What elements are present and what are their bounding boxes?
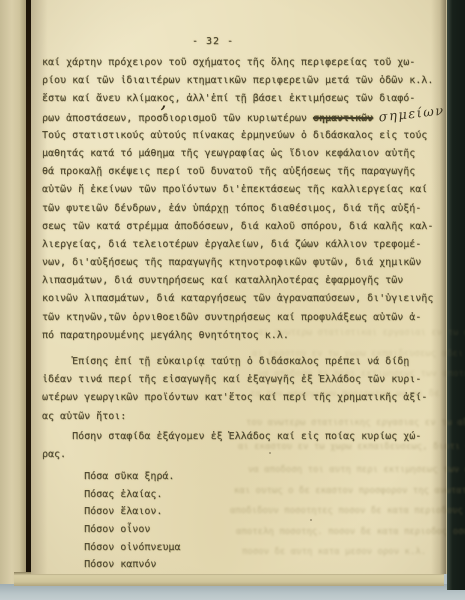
typed-line: ἔστω καί ἄνευ κλίμακος, ἀλλ'ἐπί τῇ βάσει… — [42, 90, 444, 108]
edited-line-prefix: ρων ἀποστάσεων, προσδιορισμοῦ τῶν κυριωτ… — [42, 113, 313, 124]
typed-line: λιεργείας, διά τελειοτέρων ἐργαλείων, δι… — [42, 236, 444, 254]
list-item: Πόσον οἶνον — [42, 521, 444, 539]
typed-line: ωτέρων γεωργικῶν προϊόντων κατ'ἔτος καί … — [42, 389, 444, 407]
page-number: - 32 - — [181, 36, 245, 47]
book-cover — [447, 0, 465, 590]
previous-page-edge — [0, 0, 26, 586]
typed-line: πό παρατηρουμένης μεγάλης θνητότητος κ.λ… — [42, 327, 444, 345]
typed-line: μαθητάς κατά τό μάθημα τῆς γεωγραφίας ὡς… — [42, 145, 444, 163]
ink-speck — [269, 452, 271, 454]
typed-line: σεως τῶν κατά στρέμμα ἀποδόσεων, διά καλ… — [42, 218, 444, 236]
page-under-edge — [14, 572, 444, 586]
list-item: Πόσον ἔλαιον. — [42, 503, 444, 521]
paragraph-1b: Τούς στατιστικούς αὐτούς πίνακας ἑρμηνεύ… — [42, 127, 444, 345]
list-item: Πόσα σῦκα ξηρά. — [42, 468, 444, 486]
paragraph-3: Πόσην σταφίδα ἐξάγομεν ἐξ Ἑλλάδος καί εἰ… — [42, 428, 444, 464]
typed-line: τῶν κτηνῶν,τῶν ὀρνιθοειδῶν συντηρήσεως κ… — [42, 309, 444, 327]
strikethrough-word: σημαντικῶν — [313, 113, 373, 124]
typed-line: λιπασμάτων, διά συντηρήσεως καί καταλληλ… — [42, 272, 444, 290]
typed-line: Πόσην σταφίδα ἐξάγομεν ἐξ Ἑλλάδος καί εἰ… — [42, 428, 444, 446]
paragraph-2: Ἐπίσης ἐπί τῇ εὐκαιρίᾳ ταύτῃ ὁ διδάσκαλο… — [42, 353, 444, 426]
typed-line: ας αὐτῶν ἤτοι: — [42, 408, 444, 426]
handwritten-comma: , — [161, 94, 166, 112]
typed-line: καί χάρτην πρόχειρον τοῦ σχήματος τῆς ὅλ… — [42, 54, 444, 72]
table-surface — [0, 584, 465, 600]
typed-line: ρας. — [42, 446, 444, 464]
typed-text-block: καί χάρτην πρόχειρον τοῦ σχήματος τῆς ὅλ… — [42, 54, 444, 574]
typed-line: Τούς στατιστικούς αὐτούς πίνακας ἑρμηνεύ… — [42, 127, 444, 145]
typed-line: ἰδέαν τινά περί τῆς εἰσαγωγῆς καί ἐξαγωγ… — [42, 371, 444, 389]
paragraph-1a: καί χάρτην πρόχειρον τοῦ σχήματος τῆς ὅλ… — [42, 54, 444, 109]
typed-line: αὐτῶν ἤ ἐκείνων τῶν προϊόντων δι'ἐπεκτάσ… — [42, 181, 444, 199]
list-item: Πόσον οἰνόπνευμα — [42, 539, 444, 557]
list-item: Πόσας ἐλαίας. — [42, 486, 444, 504]
ink-speck — [310, 519, 312, 521]
question-list: Πόσα σῦκα ξηρά. Πόσας ἐλαίας. Πόσον ἔλαι… — [42, 468, 444, 574]
list-item: Πόσον καπνόν — [42, 556, 444, 574]
typed-line: ρίου καί τῶν ἰδιαιτέρων κτηματικῶν περιφ… — [42, 72, 444, 90]
typed-line: νων, δι'αὐξήσεως τῆς παραγωγῆς κτηνοτροφ… — [42, 254, 444, 272]
scanned-page: αι ανωτερω στατιστικαι εργασιαι εν τω αξ… — [31, 0, 447, 574]
typed-line-edited: ρων ἀποστάσεων, προσδιορισμοῦ τῶν κυριωτ… — [42, 109, 444, 127]
typed-line: θά προκαλῇ σκέψεις περί τοῦ δυνατοῦ τῆς … — [42, 163, 444, 181]
typed-line: τῶν φυτειῶν δένδρων, ἐάν ὑπάρχῃ τόπος δι… — [42, 200, 444, 218]
typed-line: κοινῶν λιπασμάτων, διά καταργήσεως τῶν ἀ… — [42, 290, 444, 308]
typed-line: Ἐπίσης ἐπί τῇ εὐκαιρίᾳ ταύτῃ ὁ διδάσκαλο… — [42, 353, 444, 371]
